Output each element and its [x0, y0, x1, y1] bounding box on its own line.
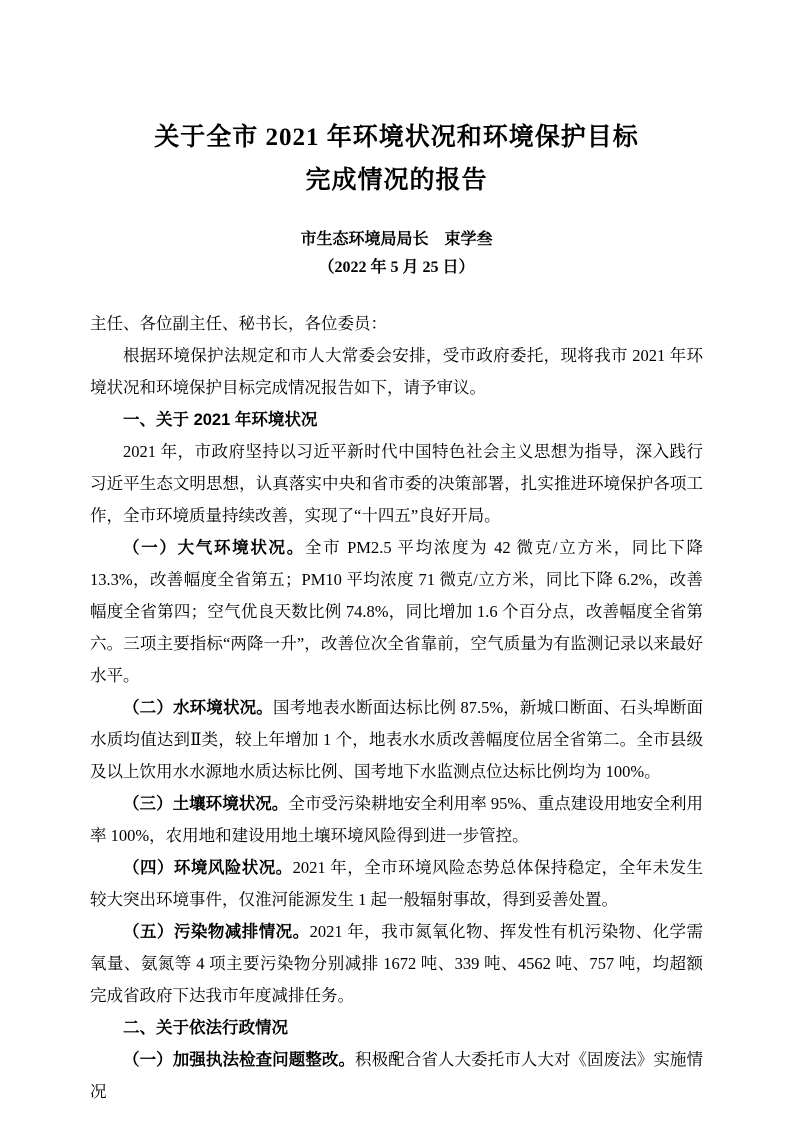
paragraph-intro: 根据环境保护法规定和市人大常委会安排，受市政府委托，现将我市 2021 年环境状…	[90, 340, 703, 404]
section-heading-law-administration: 二、关于依法行政情况	[90, 1012, 703, 1044]
document-body: 主任、各位副主任、秘书长，各位委员： 根据环境保护法规定和市人大常委会安排，受市…	[90, 308, 703, 1108]
paragraph-soil-quality-lead: （三）土壤环境状况。	[123, 794, 288, 813]
paragraph-environment-risk-lead: （四）环境风险状况。	[123, 858, 293, 877]
document-title: 关于全市 2021 年环境状况和环境保护目标 完成情况的报告	[90, 116, 703, 202]
title-line-1: 关于全市 2021 年环境状况和环境保护目标	[90, 116, 703, 159]
paragraph-water-quality-lead: （二）水环境状况。	[123, 698, 273, 717]
paragraph-pollutant-reduction: （五）污染物减排情况。2021 年，我市氮氧化物、挥发性有机污染物、化学需氧量、…	[90, 916, 703, 1012]
byline: 市生态环境局局长 束学叁 （2022 年 5 月 25 日）	[90, 226, 703, 282]
section-heading-environment-status: 一、关于 2021 年环境状况	[90, 404, 703, 436]
byline-date: （2022 年 5 月 25 日）	[90, 254, 703, 282]
paragraph-air-quality: （一）大气环境状况。全市 PM2.5 平均浓度为 42 微克/立方米，同比下降 …	[90, 532, 703, 692]
document-page: 关于全市 2021 年环境状况和环境保护目标 完成情况的报告 市生态环境局局长 …	[0, 0, 793, 1122]
paragraph-air-quality-lead: （一）大气环境状况。	[123, 538, 305, 557]
paragraph-pollutant-reduction-lead: （五）污染物减排情况。	[123, 922, 310, 941]
paragraph-water-quality: （二）水环境状况。国考地表水断面达标比例 87.5%，新城口断面、石头埠断面水质…	[90, 692, 703, 788]
paragraph-soil-quality: （三）土壤环境状况。全市受污染耕地安全利用率 95%、重点建设用地安全利用率 1…	[90, 788, 703, 852]
paragraph-environment-risk: （四）环境风险状况。2021 年，全市环境风险态势总体保持稳定，全年未发生较大突…	[90, 852, 703, 916]
paragraph-air-quality-text: 全市 PM2.5 平均浓度为 42 微克/立方米，同比下降 13.3%，改善幅度…	[90, 538, 703, 685]
page-number: 2	[0, 1050, 793, 1064]
paragraph-overview: 2021 年，市政府坚持以习近平新时代中国特色社会主义思想为指导，深入践行习近平…	[90, 436, 703, 532]
salutation: 主任、各位副主任、秘书长，各位委员：	[90, 308, 703, 340]
document-content: 关于全市 2021 年环境状况和环境保护目标 完成情况的报告 市生态环境局局长 …	[90, 0, 703, 1108]
title-line-2: 完成情况的报告	[90, 159, 703, 202]
byline-speaker: 市生态环境局局长 束学叁	[90, 226, 703, 254]
